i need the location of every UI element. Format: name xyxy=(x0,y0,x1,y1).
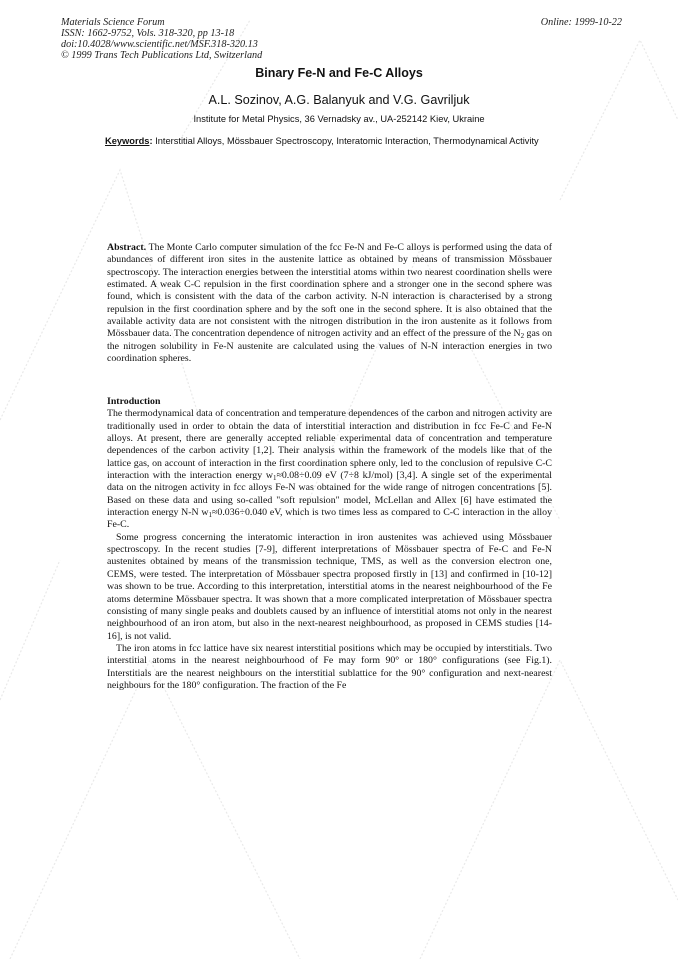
document-page: Materials Science Forum ISSN: 1662-9752,… xyxy=(0,0,678,959)
issn-line: ISSN: 1662-9752, Vols. 318-320, pp 13-18 xyxy=(61,28,262,39)
abstract-section: Abstract. The Monte Carlo computer simul… xyxy=(107,242,552,365)
keywords-section: Keywords: Interstitial Alloys, Mössbauer… xyxy=(105,136,560,147)
keywords-label: Keywords xyxy=(105,136,149,146)
paper-authors: A.L. Sozinov, A.G. Balanyuk and V.G. Gav… xyxy=(0,93,678,107)
doi-line[interactable]: doi:10.4028/www.scientific.net/MSF.318-3… xyxy=(61,39,262,50)
copyright-line: © 1999 Trans Tech Publications Ltd, Swit… xyxy=(61,50,262,61)
keywords-list: Interstitial Alloys, Mössbauer Spectrosc… xyxy=(153,136,539,146)
author-affiliation: Institute for Metal Physics, 36 Vernadsk… xyxy=(0,114,678,124)
journal-name: Materials Science Forum xyxy=(61,17,262,28)
intro-paragraph-1: The thermodynamical data of concentratio… xyxy=(107,408,552,531)
online-date: Online: 1999-10-22 xyxy=(541,17,622,28)
journal-header: Materials Science Forum ISSN: 1662-9752,… xyxy=(61,17,262,61)
abstract-text-1: The Monte Carlo computer simulation of t… xyxy=(107,242,552,339)
paper-title: Binary Fe-N and Fe-C Alloys xyxy=(0,66,678,80)
introduction-heading: Introduction xyxy=(107,396,552,408)
abstract-label: Abstract. xyxy=(107,242,146,253)
intro-paragraph-3: The iron atoms in fcc lattice have six n… xyxy=(107,643,552,692)
intro-paragraph-2: Some progress concerning the interatomic… xyxy=(107,532,552,643)
introduction-section: Introduction The thermodynamical data of… xyxy=(107,396,552,692)
